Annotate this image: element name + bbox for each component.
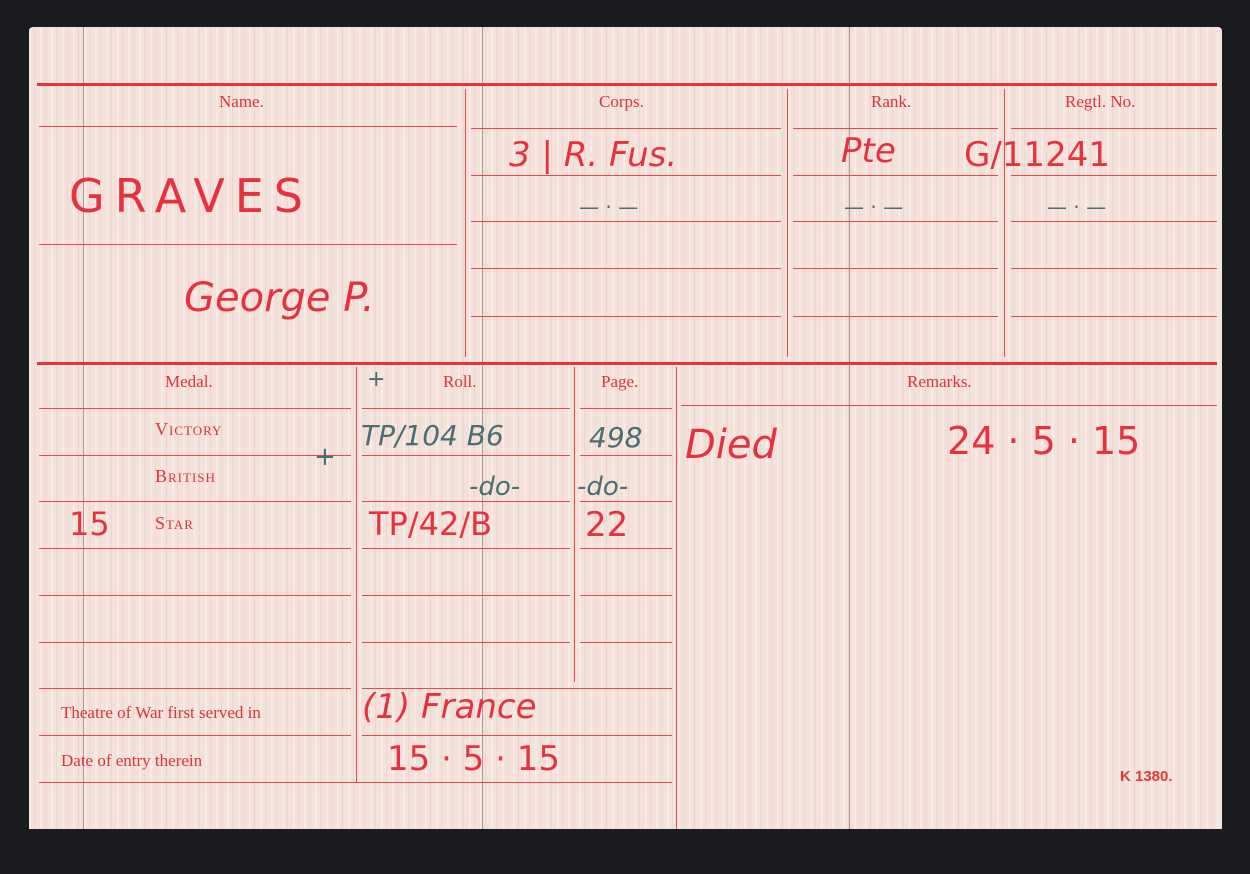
rank-value: Pte bbox=[841, 131, 896, 171]
remarks-header: Remarks. bbox=[907, 372, 972, 392]
divider bbox=[465, 89, 466, 357]
top-rule bbox=[37, 83, 1217, 86]
form-number: K 1380. bbox=[1120, 768, 1173, 785]
divider bbox=[356, 367, 357, 782]
rule bbox=[39, 126, 457, 127]
corps-ditto: — · — bbox=[579, 195, 638, 219]
roll-header: Roll. bbox=[443, 372, 477, 392]
medal-name: British bbox=[155, 466, 216, 487]
roll-value: TP/104 B6 bbox=[361, 419, 504, 452]
roll-value: -do- bbox=[469, 472, 520, 502]
roll-value: TP/42/B bbox=[369, 505, 492, 543]
medal-name: Victory bbox=[155, 419, 222, 440]
middle-rule bbox=[37, 362, 1217, 365]
forename: George P. bbox=[184, 275, 375, 321]
surname: GRAVES bbox=[69, 169, 313, 223]
theatre-label: Theatre of War first served in bbox=[61, 703, 261, 723]
remarks-date: 24 · 5 · 15 bbox=[947, 419, 1140, 463]
divider bbox=[1004, 89, 1005, 357]
remarks-status: Died bbox=[685, 422, 777, 468]
medal-header: Medal. bbox=[165, 372, 213, 392]
top-mark: + bbox=[367, 367, 385, 392]
theatre-value: (1) France bbox=[362, 687, 537, 727]
divider bbox=[574, 367, 575, 682]
row-mark: + bbox=[314, 442, 336, 472]
regtl-no-ditto: — · — bbox=[1047, 195, 1106, 219]
rank-ditto: — · — bbox=[844, 195, 903, 219]
rule bbox=[39, 244, 457, 245]
entry-date-label: Date of entry therein bbox=[61, 751, 202, 771]
page-value: 498 bbox=[589, 421, 642, 454]
name-header: Name. bbox=[219, 92, 264, 112]
page-value: -do- bbox=[577, 472, 628, 502]
medal-name: Star bbox=[155, 513, 194, 534]
corps-header: Corps. bbox=[599, 92, 644, 112]
regtl-no-value: G/11241 bbox=[964, 135, 1110, 175]
corps-value: 3 | R. Fus. bbox=[509, 135, 677, 175]
page-value: 22 bbox=[585, 505, 628, 545]
rank-header: Rank. bbox=[871, 92, 911, 112]
regtl-no-header: Regtl. No. bbox=[1065, 92, 1135, 112]
divider bbox=[676, 367, 677, 829]
page-header: Page. bbox=[601, 372, 638, 392]
divider bbox=[787, 89, 788, 357]
entry-date-value: 15 · 5 · 15 bbox=[387, 739, 560, 779]
medal-index-card: Name. Corps. Rank. Regtl. No. GRAVES Geo… bbox=[29, 27, 1222, 829]
star-prefix: 15 bbox=[69, 505, 110, 543]
